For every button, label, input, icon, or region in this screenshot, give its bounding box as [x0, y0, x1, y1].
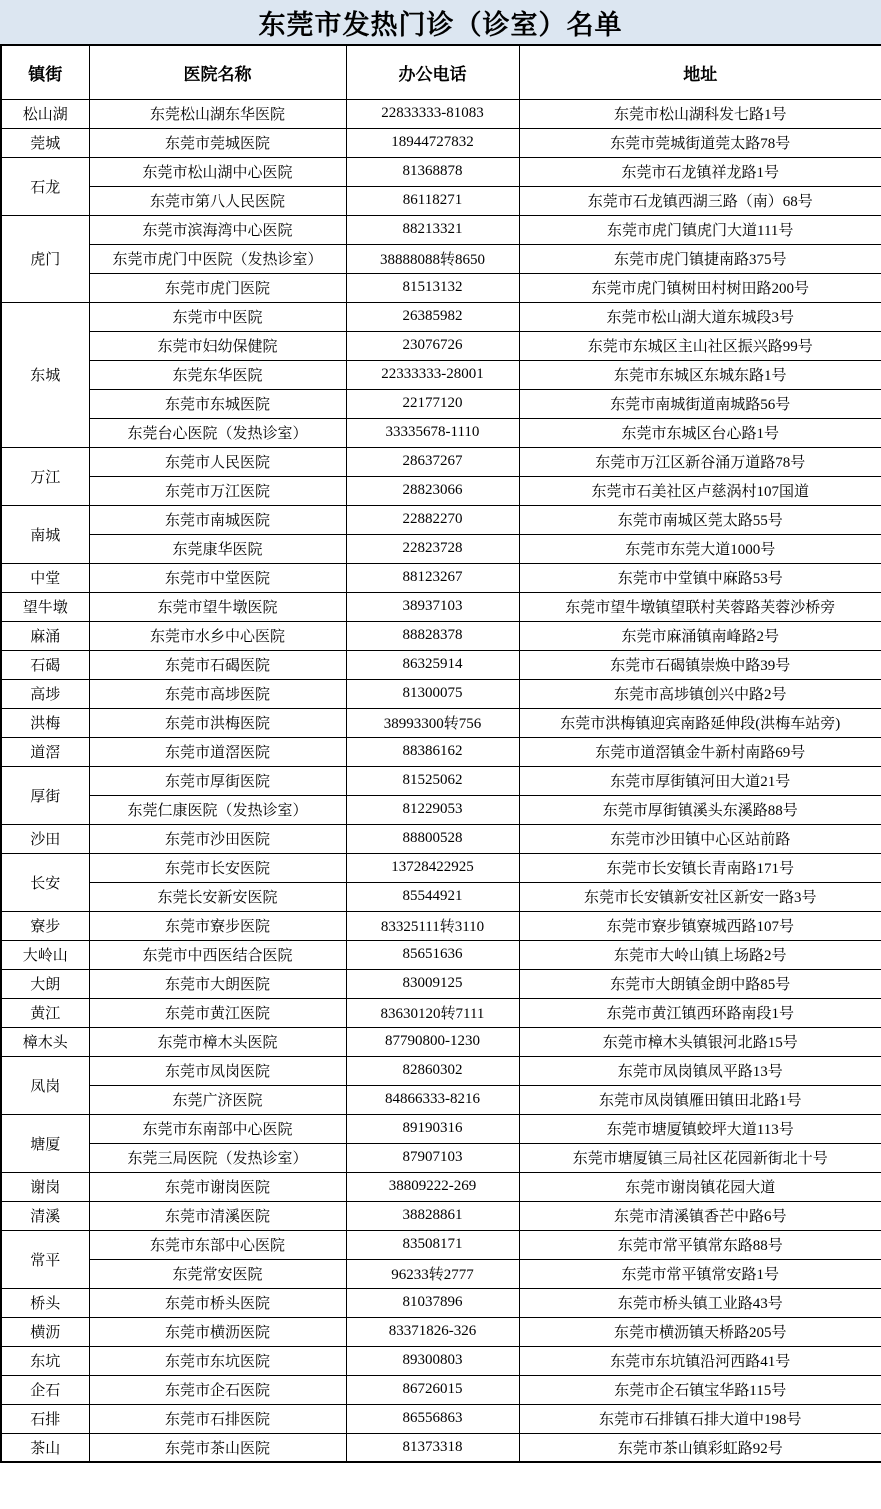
- address-cell: 东莞市常平镇常东路88号: [519, 1230, 881, 1259]
- table-row: 洪梅东莞市洪梅医院38993300转756东莞市洪梅镇迎宾南路延伸段(洪梅车站旁…: [1, 708, 881, 737]
- hospital-cell: 东莞市谢岗医院: [89, 1172, 346, 1201]
- table-row: 常平东莞市东部中心医院83508171东莞市常平镇常东路88号: [1, 1230, 881, 1259]
- hospital-cell: 东莞市中堂医院: [89, 563, 346, 592]
- phone-cell: 81300075: [346, 679, 519, 708]
- address-cell: 东莞市凤岗镇雁田镇田北路1号: [519, 1085, 881, 1114]
- hospital-cell: 东莞市东部中心医院: [89, 1230, 346, 1259]
- hospital-cell: 东莞市水乡中心医院: [89, 621, 346, 650]
- phone-cell: 81037896: [346, 1288, 519, 1317]
- hospital-cell: 东莞市黄江医院: [89, 998, 346, 1027]
- table-row: 石龙东莞市松山湖中心医院81368878东莞市石龙镇祥龙路1号: [1, 157, 881, 186]
- address-cell: 东莞市长安镇长青南路171号: [519, 853, 881, 882]
- phone-cell: 83371826-326: [346, 1317, 519, 1346]
- address-cell: 东莞市大岭山镇上场路2号: [519, 940, 881, 969]
- table-row: 东莞台心医院（发热诊室）33335678-1110东莞市东城区台心路1号: [1, 418, 881, 447]
- town-cell: 道滘: [1, 737, 89, 766]
- town-cell: 莞城: [1, 128, 89, 157]
- phone-cell: 83508171: [346, 1230, 519, 1259]
- address-cell: 东莞市企石镇宝华路115号: [519, 1375, 881, 1404]
- table-row: 沙田东莞市沙田医院88800528东莞市沙田镇中心区站前路: [1, 824, 881, 853]
- address-cell: 东莞市道滘镇金牛新村南路69号: [519, 737, 881, 766]
- table-row: 东莞市东城医院22177120东莞市南城街道南城路56号: [1, 389, 881, 418]
- town-cell: 洪梅: [1, 708, 89, 737]
- hospital-cell: 东莞市清溪医院: [89, 1201, 346, 1230]
- address-cell: 东莞市虎门镇虎门大道111号: [519, 215, 881, 244]
- phone-cell: 38828861: [346, 1201, 519, 1230]
- hospital-cell: 东莞仁康医院（发热诊室）: [89, 795, 346, 824]
- phone-cell: 89190316: [346, 1114, 519, 1143]
- table-row: 松山湖东莞松山湖东华医院22833333-81083东莞市松山湖科发七路1号: [1, 99, 881, 128]
- table-row: 中堂东莞市中堂医院88123267东莞市中堂镇中麻路53号: [1, 563, 881, 592]
- address-cell: 东莞市虎门镇捷南路375号: [519, 244, 881, 273]
- phone-cell: 83325111转3110: [346, 911, 519, 940]
- town-cell: 凤岗: [1, 1056, 89, 1114]
- phone-cell: 22333333-28001: [346, 360, 519, 389]
- table-row: 麻涌东莞市水乡中心医院88828378东莞市麻涌镇南峰路2号: [1, 621, 881, 650]
- town-cell: 石排: [1, 1404, 89, 1433]
- table-row: 东莞市第八人民医院86118271东莞市石龙镇西湖三路（南）68号: [1, 186, 881, 215]
- address-cell: 东莞市茶山镇彩虹路92号: [519, 1433, 881, 1462]
- table-row: 东莞广济医院84866333-8216东莞市凤岗镇雁田镇田北路1号: [1, 1085, 881, 1114]
- table-row: 横沥东莞市横沥医院83371826-326东莞市横沥镇天桥路205号: [1, 1317, 881, 1346]
- phone-cell: 89300803: [346, 1346, 519, 1375]
- address-cell: 东莞市望牛墩镇望联村芙蓉路芙蓉沙桥旁: [519, 592, 881, 621]
- hospital-cell: 东莞市滨海湾中心医院: [89, 215, 346, 244]
- hospital-cell: 东莞市第八人民医院: [89, 186, 346, 215]
- phone-cell: 38993300转756: [346, 708, 519, 737]
- table-row: 东莞长安新安医院85544921东莞市长安镇新安社区新安一路3号: [1, 882, 881, 911]
- address-cell: 东莞市石美社区卢慈涡村107国道: [519, 476, 881, 505]
- hospital-cell: 东莞市中医院: [89, 302, 346, 331]
- column-header-town: 镇街: [1, 45, 89, 99]
- phone-cell: 81373318: [346, 1433, 519, 1462]
- address-cell: 东莞市石龙镇西湖三路（南）68号: [519, 186, 881, 215]
- address-cell: 东莞市石碣镇崇焕中路39号: [519, 650, 881, 679]
- phone-cell: 22833333-81083: [346, 99, 519, 128]
- table-row: 道滘东莞市道滘医院88386162东莞市道滘镇金牛新村南路69号: [1, 737, 881, 766]
- hospital-cell: 东莞松山湖东华医院: [89, 99, 346, 128]
- town-cell: 虎门: [1, 215, 89, 302]
- phone-cell: 87907103: [346, 1143, 519, 1172]
- address-cell: 东莞市沙田镇中心区站前路: [519, 824, 881, 853]
- table-row: 望牛墩东莞市望牛墩医院38937103东莞市望牛墩镇望联村芙蓉路芙蓉沙桥旁: [1, 592, 881, 621]
- table-row: 东莞市虎门医院81513132东莞市虎门镇树田村树田路200号: [1, 273, 881, 302]
- table-row: 东莞市万江医院28823066东莞市石美社区卢慈涡村107国道: [1, 476, 881, 505]
- hospital-cell: 东莞市松山湖中心医院: [89, 157, 346, 186]
- hospital-cell: 东莞市妇幼保健院: [89, 331, 346, 360]
- hospital-cell: 东莞市沙田医院: [89, 824, 346, 853]
- table-row: 凤岗东莞市凤岗医院82860302东莞市凤岗镇凤平路13号: [1, 1056, 881, 1085]
- hospital-cell: 东莞市虎门中医院（发热诊室）: [89, 244, 346, 273]
- phone-cell: 88123267: [346, 563, 519, 592]
- town-cell: 谢岗: [1, 1172, 89, 1201]
- hospital-cell: 东莞市中西医结合医院: [89, 940, 346, 969]
- address-cell: 东莞市黄江镇西环路南段1号: [519, 998, 881, 1027]
- town-cell: 万江: [1, 447, 89, 505]
- phone-cell: 88386162: [346, 737, 519, 766]
- table-row: 黄江东莞市黄江医院83630120转7111东莞市黄江镇西环路南段1号: [1, 998, 881, 1027]
- town-cell: 石龙: [1, 157, 89, 215]
- hospital-cell: 东莞市东城医院: [89, 389, 346, 418]
- town-cell: 松山湖: [1, 99, 89, 128]
- town-cell: 横沥: [1, 1317, 89, 1346]
- town-cell: 大朗: [1, 969, 89, 998]
- town-cell: 樟木头: [1, 1027, 89, 1056]
- table-row: 樟木头东莞市樟木头医院87790800-1230东莞市樟木头镇银河北路15号: [1, 1027, 881, 1056]
- address-cell: 东莞市大朗镇金朗中路85号: [519, 969, 881, 998]
- town-cell: 中堂: [1, 563, 89, 592]
- phone-cell: 13728422925: [346, 853, 519, 882]
- column-header-address: 地址: [519, 45, 881, 99]
- hospital-cell: 东莞市道滘医院: [89, 737, 346, 766]
- address-cell: 东莞市东城区主山社区振兴路99号: [519, 331, 881, 360]
- address-cell: 东莞市莞城街道莞太路78号: [519, 128, 881, 157]
- phone-cell: 88800528: [346, 824, 519, 853]
- hospital-cell: 东莞市洪梅医院: [89, 708, 346, 737]
- address-cell: 东莞市厚街镇溪头东溪路88号: [519, 795, 881, 824]
- town-cell: 桥头: [1, 1288, 89, 1317]
- town-cell: 企石: [1, 1375, 89, 1404]
- hospital-cell: 东莞市企石医院: [89, 1375, 346, 1404]
- table-row: 万江东莞市人民医院28637267东莞市万江区新谷涌万道路78号: [1, 447, 881, 476]
- phone-cell: 86556863: [346, 1404, 519, 1433]
- phone-cell: 81525062: [346, 766, 519, 795]
- table-row: 东莞东华医院22333333-28001东莞市东城区东城东路1号: [1, 360, 881, 389]
- hospital-cell: 东莞市石排医院: [89, 1404, 346, 1433]
- table-header-row: 镇街医院名称办公电话地址: [1, 45, 881, 99]
- table-row: 塘厦东莞市东南部中心医院89190316东莞市塘厦镇蛟坪大道113号: [1, 1114, 881, 1143]
- address-cell: 东莞市常平镇常安路1号: [519, 1259, 881, 1288]
- phone-cell: 38937103: [346, 592, 519, 621]
- town-cell: 高埗: [1, 679, 89, 708]
- address-cell: 东莞市东莞大道1000号: [519, 534, 881, 563]
- address-cell: 东莞市南城街道南城路56号: [519, 389, 881, 418]
- hospital-cell: 东莞广济医院: [89, 1085, 346, 1114]
- phone-cell: 88828378: [346, 621, 519, 650]
- table-row: 东城东莞市中医院26385982东莞市松山湖大道东城段3号: [1, 302, 881, 331]
- phone-cell: 87790800-1230: [346, 1027, 519, 1056]
- address-cell: 东莞市桥头镇工业路43号: [519, 1288, 881, 1317]
- hospital-cell: 东莞市莞城医院: [89, 128, 346, 157]
- hospital-cell: 东莞市东坑医院: [89, 1346, 346, 1375]
- town-cell: 常平: [1, 1230, 89, 1288]
- hospital-cell: 东莞长安新安医院: [89, 882, 346, 911]
- address-cell: 东莞市虎门镇树田村树田路200号: [519, 273, 881, 302]
- phone-cell: 83630120转7111: [346, 998, 519, 1027]
- table-row: 东坑东莞市东坑医院89300803东莞市东坑镇沿河西路41号: [1, 1346, 881, 1375]
- phone-cell: 28823066: [346, 476, 519, 505]
- address-cell: 东莞市麻涌镇南峰路2号: [519, 621, 881, 650]
- phone-cell: 22882270: [346, 505, 519, 534]
- column-header-hospital: 医院名称: [89, 45, 346, 99]
- table-row: 谢岗东莞市谢岗医院38809222-269东莞市谢岗镇花园大道: [1, 1172, 881, 1201]
- address-cell: 东莞市南城区莞太路55号: [519, 505, 881, 534]
- phone-cell: 83009125: [346, 969, 519, 998]
- town-cell: 长安: [1, 853, 89, 911]
- phone-cell: 22823728: [346, 534, 519, 563]
- table-row: 莞城东莞市莞城医院18944727832东莞市莞城街道莞太路78号: [1, 128, 881, 157]
- town-cell: 茶山: [1, 1433, 89, 1462]
- phone-cell: 85651636: [346, 940, 519, 969]
- phone-cell: 28637267: [346, 447, 519, 476]
- table-row: 厚街东莞市厚街医院81525062东莞市厚街镇河田大道21号: [1, 766, 881, 795]
- town-cell: 塘厦: [1, 1114, 89, 1172]
- phone-cell: 86726015: [346, 1375, 519, 1404]
- address-cell: 东莞市东城区台心路1号: [519, 418, 881, 447]
- town-cell: 东坑: [1, 1346, 89, 1375]
- fever-clinic-table: 镇街医院名称办公电话地址 松山湖东莞松山湖东华医院22833333-81083东…: [0, 44, 881, 1463]
- address-cell: 东莞市厚街镇河田大道21号: [519, 766, 881, 795]
- address-cell: 东莞市凤岗镇凤平路13号: [519, 1056, 881, 1085]
- phone-cell: 23076726: [346, 331, 519, 360]
- table-row: 企石东莞市企石医院86726015东莞市企石镇宝华路115号: [1, 1375, 881, 1404]
- phone-cell: 86118271: [346, 186, 519, 215]
- table-row: 南城东莞市南城医院22882270东莞市南城区莞太路55号: [1, 505, 881, 534]
- phone-cell: 81229053: [346, 795, 519, 824]
- hospital-cell: 东莞市万江医院: [89, 476, 346, 505]
- hospital-cell: 东莞市寮步医院: [89, 911, 346, 940]
- phone-cell: 96233转2777: [346, 1259, 519, 1288]
- page: 东莞市发热门诊（诊室）名单 镇街医院名称办公电话地址 松山湖东莞松山湖东华医院2…: [0, 0, 881, 1463]
- phone-cell: 86325914: [346, 650, 519, 679]
- town-cell: 石碣: [1, 650, 89, 679]
- address-cell: 东莞市寮步镇寮城西路107号: [519, 911, 881, 940]
- hospital-cell: 东莞市高埗医院: [89, 679, 346, 708]
- address-cell: 东莞市东坑镇沿河西路41号: [519, 1346, 881, 1375]
- table-row: 东莞常安医院96233转2777东莞市常平镇常安路1号: [1, 1259, 881, 1288]
- table-row: 大朗东莞市大朗医院83009125东莞市大朗镇金朗中路85号: [1, 969, 881, 998]
- address-cell: 东莞市塘厦镇三局社区花园新街北十号: [519, 1143, 881, 1172]
- address-cell: 东莞市高埗镇创兴中路2号: [519, 679, 881, 708]
- table-row: 东莞三局医院（发热诊室）87907103东莞市塘厦镇三局社区花园新街北十号: [1, 1143, 881, 1172]
- hospital-cell: 东莞市桥头医院: [89, 1288, 346, 1317]
- address-cell: 东莞市谢岗镇花园大道: [519, 1172, 881, 1201]
- town-cell: 沙田: [1, 824, 89, 853]
- hospital-cell: 东莞市厚街医院: [89, 766, 346, 795]
- table-row: 东莞市妇幼保健院23076726东莞市东城区主山社区振兴路99号: [1, 331, 881, 360]
- table-row: 清溪东莞市清溪医院38828861东莞市清溪镇香芒中路6号: [1, 1201, 881, 1230]
- hospital-cell: 东莞台心医院（发热诊室）: [89, 418, 346, 447]
- phone-cell: 85544921: [346, 882, 519, 911]
- town-cell: 寮步: [1, 911, 89, 940]
- hospital-cell: 东莞市横沥医院: [89, 1317, 346, 1346]
- page-title: 东莞市发热门诊（诊室）名单: [0, 0, 881, 44]
- table-row: 石排东莞市石排医院86556863东莞市石排镇石排大道中198号: [1, 1404, 881, 1433]
- town-cell: 清溪: [1, 1201, 89, 1230]
- hospital-cell: 东莞常安医院: [89, 1259, 346, 1288]
- hospital-cell: 东莞市长安医院: [89, 853, 346, 882]
- phone-cell: 88213321: [346, 215, 519, 244]
- phone-cell: 82860302: [346, 1056, 519, 1085]
- address-cell: 东莞市石龙镇祥龙路1号: [519, 157, 881, 186]
- table-row: 桥头东莞市桥头医院81037896东莞市桥头镇工业路43号: [1, 1288, 881, 1317]
- hospital-cell: 东莞市人民医院: [89, 447, 346, 476]
- hospital-cell: 东莞三局医院（发热诊室）: [89, 1143, 346, 1172]
- address-cell: 东莞市松山湖大道东城段3号: [519, 302, 881, 331]
- address-cell: 东莞市塘厦镇蛟坪大道113号: [519, 1114, 881, 1143]
- town-cell: 东城: [1, 302, 89, 447]
- address-cell: 东莞市洪梅镇迎宾南路延伸段(洪梅车站旁): [519, 708, 881, 737]
- table-row: 东莞康华医院22823728东莞市东莞大道1000号: [1, 534, 881, 563]
- town-cell: 黄江: [1, 998, 89, 1027]
- phone-cell: 38888088转8650: [346, 244, 519, 273]
- table-row: 高埗东莞市高埗医院81300075东莞市高埗镇创兴中路2号: [1, 679, 881, 708]
- phone-cell: 81368878: [346, 157, 519, 186]
- phone-cell: 18944727832: [346, 128, 519, 157]
- column-header-phone: 办公电话: [346, 45, 519, 99]
- address-cell: 东莞市石排镇石排大道中198号: [519, 1404, 881, 1433]
- table-row: 大岭山东莞市中西医结合医院85651636东莞市大岭山镇上场路2号: [1, 940, 881, 969]
- town-cell: 大岭山: [1, 940, 89, 969]
- town-cell: 麻涌: [1, 621, 89, 650]
- address-cell: 东莞市万江区新谷涌万道路78号: [519, 447, 881, 476]
- address-cell: 东莞市长安镇新安社区新安一路3号: [519, 882, 881, 911]
- table-row: 东莞仁康医院（发热诊室）81229053东莞市厚街镇溪头东溪路88号: [1, 795, 881, 824]
- phone-cell: 26385982: [346, 302, 519, 331]
- address-cell: 东莞市横沥镇天桥路205号: [519, 1317, 881, 1346]
- town-cell: 南城: [1, 505, 89, 563]
- address-cell: 东莞市清溪镇香芒中路6号: [519, 1201, 881, 1230]
- phone-cell: 81513132: [346, 273, 519, 302]
- table-body: 松山湖东莞松山湖东华医院22833333-81083东莞市松山湖科发七路1号莞城…: [1, 99, 881, 1462]
- hospital-cell: 东莞康华医院: [89, 534, 346, 563]
- address-cell: 东莞市樟木头镇银河北路15号: [519, 1027, 881, 1056]
- hospital-cell: 东莞市凤岗医院: [89, 1056, 346, 1085]
- hospital-cell: 东莞市东南部中心医院: [89, 1114, 346, 1143]
- phone-cell: 84866333-8216: [346, 1085, 519, 1114]
- phone-cell: 38809222-269: [346, 1172, 519, 1201]
- hospital-cell: 东莞市茶山医院: [89, 1433, 346, 1462]
- hospital-cell: 东莞市大朗医院: [89, 969, 346, 998]
- town-cell: 望牛墩: [1, 592, 89, 621]
- hospital-cell: 东莞市望牛墩医院: [89, 592, 346, 621]
- table-row: 虎门东莞市滨海湾中心医院88213321东莞市虎门镇虎门大道111号: [1, 215, 881, 244]
- hospital-cell: 东莞市虎门医院: [89, 273, 346, 302]
- table-row: 东莞市虎门中医院（发热诊室）38888088转8650东莞市虎门镇捷南路375号: [1, 244, 881, 273]
- hospital-cell: 东莞市石碣医院: [89, 650, 346, 679]
- table-row: 石碣东莞市石碣医院86325914东莞市石碣镇崇焕中路39号: [1, 650, 881, 679]
- hospital-cell: 东莞市樟木头医院: [89, 1027, 346, 1056]
- town-cell: 厚街: [1, 766, 89, 824]
- table-row: 长安东莞市长安医院13728422925东莞市长安镇长青南路171号: [1, 853, 881, 882]
- table-row: 寮步东莞市寮步医院83325111转3110东莞市寮步镇寮城西路107号: [1, 911, 881, 940]
- hospital-cell: 东莞东华医院: [89, 360, 346, 389]
- address-cell: 东莞市松山湖科发七路1号: [519, 99, 881, 128]
- address-cell: 东莞市东城区东城东路1号: [519, 360, 881, 389]
- table-row: 茶山东莞市茶山医院81373318东莞市茶山镇彩虹路92号: [1, 1433, 881, 1462]
- address-cell: 东莞市中堂镇中麻路53号: [519, 563, 881, 592]
- phone-cell: 33335678-1110: [346, 418, 519, 447]
- hospital-cell: 东莞市南城医院: [89, 505, 346, 534]
- phone-cell: 22177120: [346, 389, 519, 418]
